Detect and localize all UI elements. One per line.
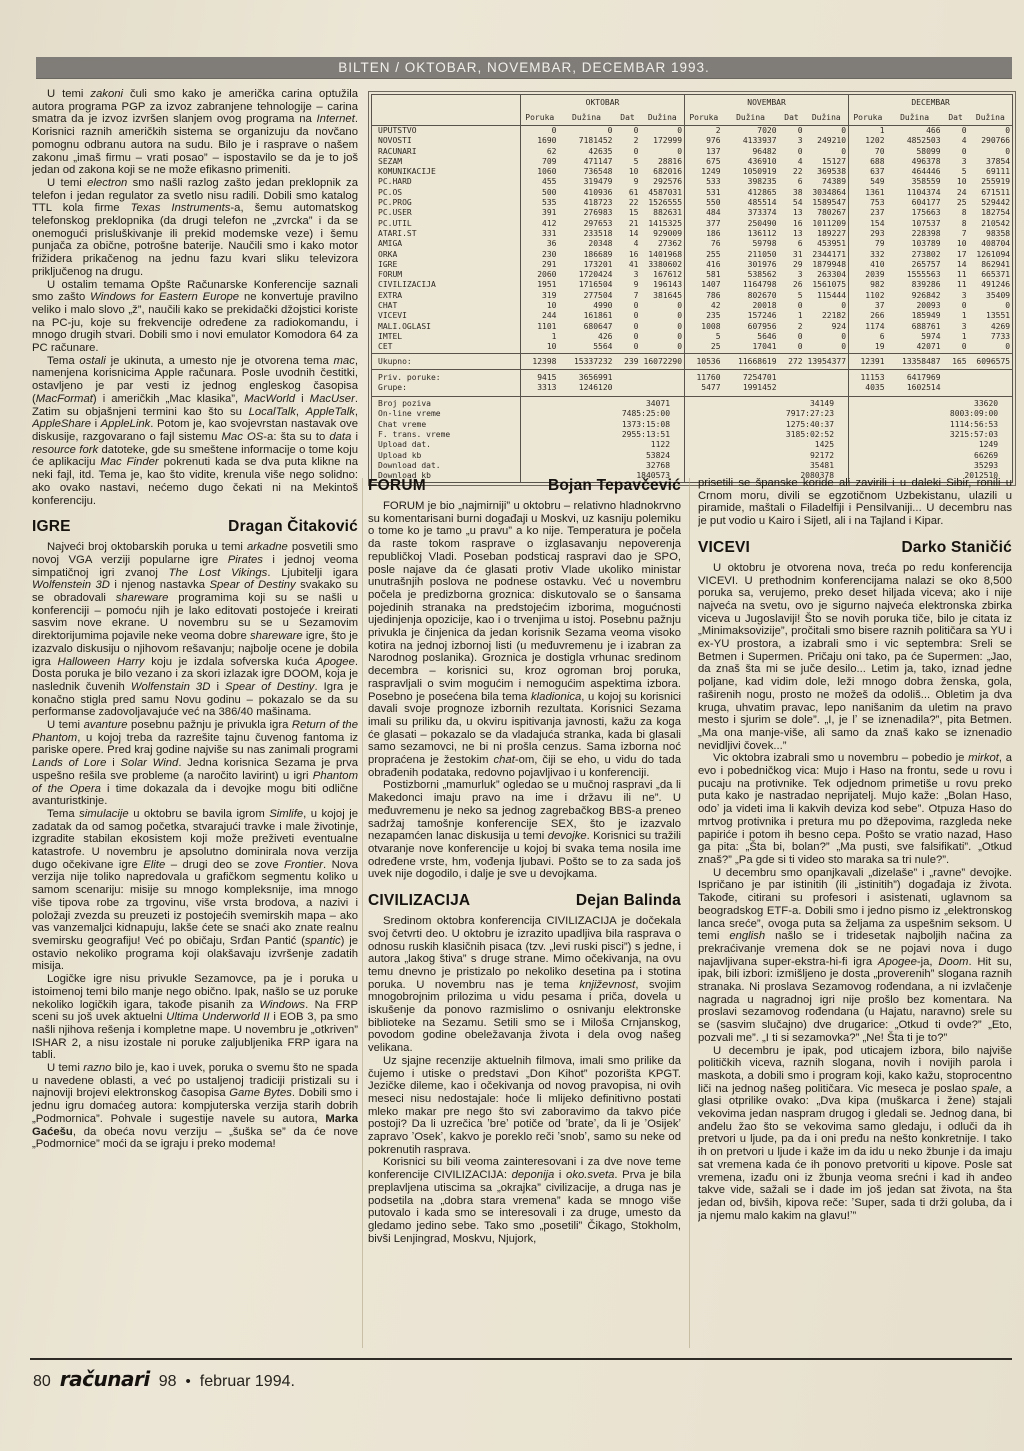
value-cell: 1011209 <box>805 219 849 229</box>
value-cell: 24 <box>943 188 969 198</box>
value-cell: 16 <box>615 250 641 260</box>
value-cell <box>805 369 849 383</box>
value-cell: 186 <box>685 229 723 239</box>
row-label: CET <box>372 342 521 353</box>
row-label: MALI.OGLASI <box>372 322 521 332</box>
value-cell: 538562 <box>723 270 779 280</box>
row-label: SEZAM <box>372 157 521 167</box>
paragraph: U decembru je ipak, pod uticajem izbora,… <box>698 1045 1012 1223</box>
value-cell: 0 <box>779 342 805 353</box>
value-cell: 369538 <box>805 167 849 177</box>
topic-row: ATARI.ST33123351814929009186136112131892… <box>372 229 1013 239</box>
value-cell: 17 <box>943 250 969 260</box>
column-right: prisetili se španske koride ali zavirili… <box>698 477 1012 1349</box>
value-cell: 266 <box>849 311 887 321</box>
statistics-table: OKTOBARNOVEMBARDECEMBARPorukaDužinaDatDu… <box>371 94 1013 483</box>
value-cell: 273802 <box>887 250 943 260</box>
value-cell: 29 <box>779 260 805 270</box>
paragraph: U ostalim temama Opšte Računarske Konfer… <box>32 279 358 355</box>
value-cell: 0 <box>969 301 1013 311</box>
value-cell: 2 <box>615 136 641 146</box>
value-cell: 210542 <box>969 219 1013 229</box>
value-cell: 157246 <box>723 311 779 321</box>
value-cell: 37854 <box>969 157 1013 167</box>
value-cell: 239 <box>615 353 641 369</box>
value-cell: 5 <box>685 332 723 342</box>
value-cell: 12398 <box>521 353 559 369</box>
value-cell: 37 <box>849 301 887 311</box>
section-author: Dragan Čitaković <box>228 518 358 536</box>
value-cell: 331 <box>521 229 559 239</box>
paragraph: Najveći broj oktobarskih poruka u temi a… <box>32 541 358 719</box>
topic-row: PC.OS50041093661458703153141286538303486… <box>372 188 1013 198</box>
value-cell: 1716504 <box>559 280 615 290</box>
value-cell: 173201 <box>559 260 615 270</box>
value-cell: 2060 <box>521 270 559 280</box>
total-row: Ukupno:123981533723223916072290105361166… <box>372 353 1013 369</box>
value-cell: 185949 <box>887 311 943 321</box>
value-cell: 4990 <box>559 301 615 311</box>
value-cell: 3 <box>779 270 805 280</box>
topic-row: VICEVI2441618610023515724612218226618594… <box>372 311 1013 321</box>
value-cell: 924 <box>805 322 849 332</box>
value-cell: 42635 <box>559 147 615 157</box>
value-cell: 1589547 <box>805 198 849 208</box>
value-cell: 1690 <box>521 136 559 146</box>
value-cell: 2 <box>779 322 805 332</box>
value-cell: 753 <box>849 198 887 208</box>
topic-row: CIVILIZACIJA1951171650491961431407116479… <box>372 280 1013 290</box>
value-cell: 11153 <box>849 369 887 383</box>
value-cell: 6 <box>849 332 887 342</box>
value-cell: 531 <box>685 188 723 198</box>
value-cell: 1164798 <box>723 280 779 290</box>
value-cell: 688761 <box>887 322 943 332</box>
value-cell: 292576 <box>641 177 685 187</box>
value-cell: 54 <box>779 198 805 208</box>
footer-bullet: • <box>186 1373 191 1390</box>
stat-value: 1275:40:37 <box>685 420 849 430</box>
value-cell: 416 <box>685 260 723 270</box>
value-cell: 265757 <box>887 260 943 270</box>
value-cell: 0 <box>615 342 641 353</box>
paragraph: U temi avanture posebnu pažnju je privuk… <box>32 719 358 808</box>
value-cell: 1415325 <box>641 219 685 229</box>
value-cell: 3034864 <box>805 188 849 198</box>
value-cell <box>641 383 685 397</box>
value-cell: 736548 <box>559 167 615 177</box>
value-cell: 20018 <box>723 301 779 311</box>
page-header-bar: BILTEN / OKTOBAR, NOVEMBAR, DECEMBAR 199… <box>36 57 1012 78</box>
value-cell: 0 <box>641 342 685 353</box>
paragraph: Uz sjajne recenzije aktuelnih filmova, i… <box>368 1055 681 1157</box>
value-cell: 76 <box>685 239 723 249</box>
section-author: Dejan Balinda <box>576 892 681 910</box>
value-cell: 2 <box>685 126 723 137</box>
stat-value: 1373:15:08 <box>521 420 685 430</box>
value-cell: 27362 <box>641 239 685 249</box>
value-cell: 250490 <box>723 219 779 229</box>
value-cell: 436910 <box>723 157 779 167</box>
value-cell: 9415 <box>521 369 559 383</box>
row-label: VICEVI <box>372 311 521 321</box>
section-heading: FORUMBojan Tepavčević <box>368 477 681 495</box>
value-cell: 5564 <box>559 342 615 353</box>
value-cell: 4133937 <box>723 136 779 146</box>
value-cell: 41 <box>615 260 641 270</box>
value-cell: 13358487 <box>887 353 943 369</box>
value-cell <box>615 369 641 383</box>
value-cell: 0 <box>641 332 685 342</box>
value-cell <box>969 383 1013 397</box>
sub-header: Dužina <box>641 111 685 126</box>
value-cell: 255 <box>685 250 723 260</box>
value-cell: 31 <box>779 250 805 260</box>
value-cell: 535 <box>521 198 559 208</box>
value-cell: 0 <box>641 147 685 157</box>
stat-row: Upload dat.112214251249 <box>372 440 1013 450</box>
row-label: Upload dat. <box>372 440 521 450</box>
value-cell: 412 <box>521 219 559 229</box>
value-cell: 549 <box>849 177 887 187</box>
value-cell: 496378 <box>887 157 943 167</box>
value-cell: 5 <box>779 291 805 301</box>
value-cell: 58099 <box>887 147 943 157</box>
value-cell: 277504 <box>559 291 615 301</box>
paragraph: U temi razno bilo je, kao i uvek, poruka… <box>32 1062 358 1151</box>
stat-value: 66269 <box>849 451 1013 461</box>
value-cell: 16 <box>779 219 805 229</box>
row-label: Ukupno: <box>372 353 521 369</box>
value-cell: 1202 <box>849 136 887 146</box>
stat-value: 3215:57:03 <box>849 430 1013 440</box>
value-cell: 4 <box>943 136 969 146</box>
row-label: KOMUNIKACIJE <box>372 167 521 177</box>
value-cell: 17041 <box>723 342 779 353</box>
value-cell: 802670 <box>723 291 779 301</box>
sub-header: Poruka <box>521 111 559 126</box>
value-cell: 7733 <box>969 332 1013 342</box>
value-cell: 7020 <box>723 126 779 137</box>
row-label: Grupe: <box>372 383 521 397</box>
value-cell: 167612 <box>641 270 685 280</box>
sub-header: Dužina <box>805 111 849 126</box>
value-cell: 237 <box>849 208 887 218</box>
sub-header: Dužina <box>723 111 779 126</box>
topic-row: PC.UTIL412297653211415325377250490161011… <box>372 219 1013 229</box>
topic-row: IGRE291173201413380602416301976291879948… <box>372 260 1013 270</box>
month-header: OKTOBAR <box>521 95 685 112</box>
paragraph: Vic oktobra izabrali smo u novembru – po… <box>698 752 1012 866</box>
stat-value: 35293 <box>849 461 1013 471</box>
value-cell: 13954377 <box>805 353 849 369</box>
value-cell: 491246 <box>969 280 1013 290</box>
value-cell: 408704 <box>969 239 1013 249</box>
value-cell: 38 <box>779 188 805 198</box>
value-cell: 319479 <box>559 177 615 187</box>
value-cell: 79 <box>849 239 887 249</box>
row-label: Broj poziva <box>372 397 521 410</box>
value-cell: 1174 <box>849 322 887 332</box>
value-cell: 7254701 <box>723 369 779 383</box>
paragraph: U temi zakoni čuli smo kako je američka … <box>32 88 358 177</box>
stat-value: 34149 <box>685 397 849 410</box>
stat-value: 34071 <box>521 397 685 410</box>
value-cell: 665371 <box>969 270 1013 280</box>
value-cell: 882631 <box>641 208 685 218</box>
value-cell: 3 <box>943 157 969 167</box>
value-cell: 529442 <box>969 198 1013 208</box>
row-label: On-line vreme <box>372 409 521 419</box>
row-label: EXTRA <box>372 291 521 301</box>
value-cell: 0 <box>615 147 641 157</box>
value-cell: 10 <box>943 239 969 249</box>
value-cell: 4 <box>779 157 805 167</box>
topic-row: UPUTSTVO00002702000146600 <box>372 126 1013 137</box>
value-cell: 0 <box>615 332 641 342</box>
value-cell: 381645 <box>641 291 685 301</box>
section-title: CIVILIZACIJA <box>368 892 470 910</box>
value-cell: 410 <box>849 260 887 270</box>
topic-row: CET10556400251704100194207100 <box>372 342 1013 353</box>
value-cell: 244 <box>521 311 559 321</box>
value-cell: 15337232 <box>559 353 615 369</box>
sub-header: Dužina <box>559 111 615 126</box>
value-cell: 5 <box>943 167 969 177</box>
paragraph: Logičke igre nisu privukle Sezamovce, pa… <box>32 973 358 1062</box>
value-cell: 466 <box>887 126 943 137</box>
value-cell: 15127 <box>805 157 849 167</box>
row-label: NOVOSTI <box>372 136 521 146</box>
paragraph: Korisnici su bili veoma zainteresovani i… <box>368 1156 681 1245</box>
value-cell: 10 <box>521 342 559 353</box>
row-label: Upload kb <box>372 451 521 461</box>
value-cell: 14 <box>943 260 969 270</box>
value-cell: 1 <box>521 332 559 342</box>
footer-page-number: 80 <box>33 1373 51 1391</box>
value-cell: 0 <box>641 322 685 332</box>
month-header-row: OKTOBARNOVEMBARDECEMBAR <box>372 95 1013 112</box>
value-cell: 137 <box>685 147 723 157</box>
stat-value: 2955:13:51 <box>521 430 685 440</box>
topic-row: MALI.OGLASI11016806470010086079562924117… <box>372 322 1013 332</box>
value-cell: 3313 <box>521 383 559 397</box>
value-cell: 297653 <box>559 219 615 229</box>
value-cell: 20093 <box>887 301 943 311</box>
value-cell: 373374 <box>723 208 779 218</box>
row-label: Download dat. <box>372 461 521 471</box>
private-row: Grupe:331312461205477199145240351602514 <box>372 383 1013 397</box>
value-cell: 25 <box>685 342 723 353</box>
value-cell: 0 <box>615 311 641 321</box>
value-cell: 0 <box>969 342 1013 353</box>
stat-value: 1114:56:53 <box>849 420 1013 430</box>
value-cell: 103789 <box>887 239 943 249</box>
section-heading: VICEVIDarko Staničić <box>698 539 1012 557</box>
value-cell: 1102 <box>849 291 887 301</box>
value-cell: 22 <box>615 198 641 208</box>
value-cell: 11 <box>943 270 969 280</box>
value-cell: 0 <box>559 126 615 137</box>
topic-row: PC.PROG535418723221526555550485514541589… <box>372 198 1013 208</box>
value-cell: 671511 <box>969 188 1013 198</box>
month-header: NOVEMBAR <box>685 95 849 112</box>
value-cell: 6 <box>779 177 805 187</box>
section-author: Bojan Tepavčević <box>548 477 681 495</box>
row-label: CHAT <box>372 301 521 311</box>
value-cell: 484 <box>685 208 723 218</box>
value-cell: 0 <box>805 332 849 342</box>
value-cell: 607956 <box>723 322 779 332</box>
sub-header: Dat <box>779 111 805 126</box>
value-cell <box>779 383 805 397</box>
value-cell: 11760 <box>685 369 723 383</box>
value-cell: 0 <box>943 342 969 353</box>
topic-row: KOMUNIKACIJE1060736548106820161249105091… <box>372 167 1013 177</box>
value-cell: 3656991 <box>559 369 615 383</box>
value-cell: 1951 <box>521 280 559 290</box>
stat-value: 7485:25:00 <box>521 409 685 419</box>
value-cell: 293 <box>849 229 887 239</box>
value-cell: 69111 <box>969 167 1013 177</box>
value-cell: 982 <box>849 280 887 290</box>
value-cell: 10536 <box>685 353 723 369</box>
topic-row: FORUM20601720424316761258153856232633042… <box>372 270 1013 280</box>
value-cell: 1261094 <box>969 250 1013 260</box>
value-cell: 161861 <box>559 311 615 321</box>
column-middle: FORUMBojan TepavčevićFORUM je bio „najmi… <box>368 477 681 1349</box>
sub-header: Poruka <box>685 111 723 126</box>
value-cell: 255919 <box>969 177 1013 187</box>
sub-header: Dužina <box>887 111 943 126</box>
value-cell: 6096575 <box>969 353 1013 369</box>
value-cell: 15 <box>615 208 641 218</box>
row-label: AMIGA <box>372 239 521 249</box>
value-cell: 637 <box>849 167 887 177</box>
value-cell: 74389 <box>805 177 849 187</box>
value-cell: 550 <box>685 198 723 208</box>
value-cell: 1407 <box>685 280 723 290</box>
topic-row: RACUNARI6242635001379648200705809900 <box>372 147 1013 157</box>
sub-header: Dat <box>943 111 969 126</box>
paragraph: U decembru smo opanjkavali „dizelaše” i … <box>698 867 1012 1045</box>
paragraph: prisetili se španske koride ali zavirili… <box>698 477 1012 528</box>
stat-value: 3185:02:52 <box>685 430 849 440</box>
row-label: ATARI.ST <box>372 229 521 239</box>
value-cell: 0 <box>943 126 969 137</box>
corner-cell <box>372 95 521 112</box>
section-author: Darko Staničić <box>902 539 1012 557</box>
magazine-logo: računari <box>60 1367 150 1391</box>
value-cell: 2344171 <box>805 250 849 260</box>
value-cell <box>969 369 1013 383</box>
topic-row: IMTEL14260055646006597417733 <box>372 332 1013 342</box>
value-cell: 276983 <box>559 208 615 218</box>
value-cell: 9 <box>615 177 641 187</box>
row-label: PC.UTIL <box>372 219 521 229</box>
sub-header-row: PorukaDužinaDatDužinaPorukaDužinaDatDuži… <box>372 111 1013 126</box>
value-cell: 0 <box>779 301 805 311</box>
value-cell: 11668619 <box>723 353 779 369</box>
value-cell: 1050919 <box>723 167 779 177</box>
value-cell: 154 <box>849 219 887 229</box>
stat-value: 33620 <box>849 397 1013 410</box>
topic-row: PC.USER391276983158826314843733741378026… <box>372 208 1013 218</box>
value-cell: 26 <box>779 280 805 290</box>
value-cell: 19 <box>849 342 887 353</box>
sub-header: Poruka <box>849 111 887 126</box>
topic-row: SEZAM70947114752881667543691041512768849… <box>372 157 1013 167</box>
value-cell: 426 <box>559 332 615 342</box>
section-title: IGRE <box>32 518 71 536</box>
value-cell: 976 <box>685 136 723 146</box>
value-cell: 709 <box>521 157 559 167</box>
value-cell: 358559 <box>887 177 943 187</box>
value-cell: 107537 <box>887 219 943 229</box>
value-cell: 235 <box>685 311 723 321</box>
stat-value: 1425 <box>685 440 849 450</box>
value-cell: 1 <box>943 332 969 342</box>
stat-row: Chat vreme1373:15:081275:40:371114:56:53 <box>372 420 1013 430</box>
row-label: CIVILIZACIJA <box>372 280 521 290</box>
column-rule-right <box>689 478 690 1348</box>
value-cell: 182754 <box>969 208 1013 218</box>
value-cell: 6417969 <box>887 369 943 383</box>
value-cell: 0 <box>805 126 849 137</box>
value-cell: 1 <box>943 311 969 321</box>
stat-value: 1249 <box>849 440 1013 450</box>
footer-date: februar 1994. <box>200 1373 295 1391</box>
section-title: VICEVI <box>698 539 750 557</box>
value-cell: 0 <box>779 147 805 157</box>
value-cell: 0 <box>615 301 641 311</box>
paragraph: Tema simulacije u oktobru se bavila igro… <box>32 808 358 973</box>
footer-rule <box>30 1358 1012 1360</box>
page-footer: 80 računari 98 • februar 1994. <box>33 1367 295 1391</box>
value-cell: 926842 <box>887 291 943 301</box>
row-label: PC.PROG <box>372 198 521 208</box>
stat-row: Download dat.327683548135293 <box>372 461 1013 471</box>
value-cell: 0 <box>779 126 805 137</box>
value-cell <box>943 369 969 383</box>
value-cell: 1561075 <box>805 280 849 290</box>
section-heading: IGREDragan Čitaković <box>32 518 358 536</box>
month-header: DECEMBAR <box>849 95 1013 112</box>
value-cell: 319 <box>521 291 559 301</box>
paragraph: FORUM je bio „najmirniji” u oktobru – re… <box>368 500 681 779</box>
value-cell: 412865 <box>723 188 779 198</box>
row-label: ORKA <box>372 250 521 260</box>
footer-issue-number: 98 <box>159 1373 177 1391</box>
value-cell: 20348 <box>559 239 615 249</box>
value-cell: 249210 <box>805 136 849 146</box>
value-cell: 0 <box>943 147 969 157</box>
value-cell: 0 <box>641 301 685 311</box>
value-cell: 62 <box>521 147 559 157</box>
value-cell: 10 <box>943 177 969 187</box>
value-cell: 1526555 <box>641 198 685 208</box>
value-cell: 3380602 <box>641 260 685 270</box>
value-cell: 786 <box>685 291 723 301</box>
value-cell: 0 <box>615 126 641 137</box>
stat-value: 32768 <box>521 461 685 471</box>
value-cell: 1879948 <box>805 260 849 270</box>
value-cell: 16072290 <box>641 353 685 369</box>
value-cell: 464446 <box>887 167 943 177</box>
value-cell: 7 <box>943 229 969 239</box>
stat-value: 35481 <box>685 461 849 471</box>
value-cell: 3 <box>615 270 641 280</box>
